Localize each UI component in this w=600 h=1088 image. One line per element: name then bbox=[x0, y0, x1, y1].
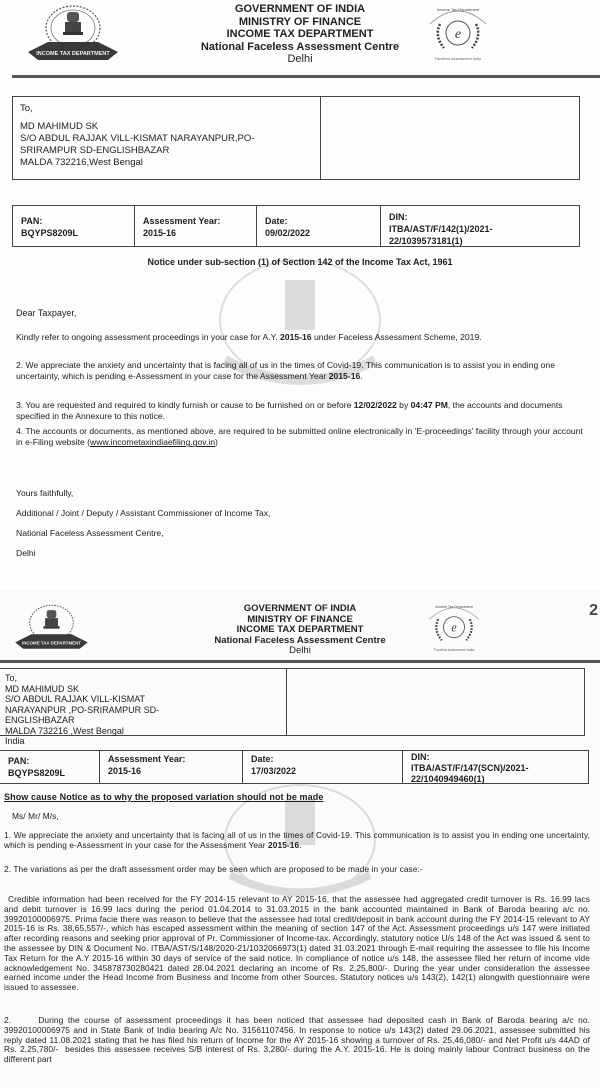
din-cell: DIN: ITBA/AST/F/142(1)/2021- 22/10395731… bbox=[381, 206, 579, 246]
address-line-3: MALDA 732216,West Bengal bbox=[20, 157, 320, 169]
pan-cell: PAN: BQYPS8209L bbox=[0, 751, 100, 783]
recipient-address: To, MD MAHIMUD SK S/O ABDUL RAJJAK VILL-… bbox=[13, 97, 321, 179]
paragraph-4-submission: 4. The accounts or documents, as mention… bbox=[16, 426, 586, 448]
pan-label: PAN: bbox=[21, 215, 128, 227]
din-label: DIN: bbox=[389, 211, 573, 223]
recipient-name: MD MAHIMUD SK bbox=[20, 121, 320, 133]
svg-text:e: e bbox=[455, 27, 461, 42]
svg-text:Faceless Assessment India: Faceless Assessment India bbox=[434, 648, 474, 652]
notice-info-table: PAN: BQYPS8209L Assessment Year: 2015-16… bbox=[0, 750, 589, 784]
header-divider bbox=[0, 660, 600, 663]
svg-text:Faceless Assessment India: Faceless Assessment India bbox=[435, 57, 482, 61]
header-department: INCOME TAX DEPARTMENT bbox=[0, 28, 600, 41]
address-blank-cell bbox=[287, 669, 584, 735]
header-centre: National Faceless Assessment Centre bbox=[0, 41, 600, 54]
pan-cell: PAN: BQYPS8209L bbox=[13, 206, 135, 246]
address-line-1: S/O ABDUL RAJJAK VILL-KISMAT bbox=[5, 694, 286, 705]
svg-text:Income Tax Department: Income Tax Department bbox=[435, 605, 472, 609]
assessment-year-value: 2015-16 bbox=[143, 227, 250, 239]
recipient-address-box: To, MD MAHIMUD SK S/O ABDUL RAJJAK VILL-… bbox=[0, 668, 585, 736]
pan-value: BQYPS8209L bbox=[21, 227, 128, 239]
date-value: 17/03/2022 bbox=[251, 765, 396, 777]
signatory-designation: Additional / Joint / Deputy / Assistant … bbox=[16, 503, 270, 523]
header-city: Delhi bbox=[0, 53, 600, 66]
header-department: INCOME TAX DEPARTMENT bbox=[0, 625, 600, 636]
header-ministry: MINISTRY OF FINANCE bbox=[0, 16, 600, 29]
paragraph-1: 1. We appreciate the anxiety and uncerta… bbox=[4, 831, 590, 851]
paragraph-credible-information: Credible information had been received f… bbox=[4, 895, 590, 993]
assessment-year-label: Assessment Year: bbox=[143, 215, 250, 227]
paragraph-2-variations: 2. The variations as per the draft asses… bbox=[4, 865, 590, 875]
date-cell: Date: 17/03/2022 bbox=[243, 751, 403, 783]
page-number: 2 bbox=[589, 602, 598, 620]
paragraph-3-deadline: 3. You are requested and required to kin… bbox=[16, 400, 590, 422]
address-line-2: SRIRAMPUR SD-ENGLISHBAZAR bbox=[20, 145, 320, 157]
paragraph-assessment-proceedings: 2. During the course of assessment proce… bbox=[4, 1016, 590, 1065]
header-city: Delhi bbox=[0, 646, 600, 657]
notice-page-1: INCOME TAX DEPARTMENT GOVERNMENT OF INDI… bbox=[0, 0, 600, 585]
svg-text:e: e bbox=[451, 621, 457, 635]
assessment-year-cell: Assessment Year: 2015-16 bbox=[135, 206, 257, 246]
recipient-address: To, MD MAHIMUD SK S/O ABDUL RAJJAK VILL-… bbox=[0, 669, 287, 735]
din-cell: DIN: ITBA/AST/F/147(SCN)/2021- 22/104094… bbox=[403, 751, 588, 783]
letterhead: GOVERNMENT OF INDIA MINISTRY OF FINANCE … bbox=[0, 3, 600, 66]
header-government: GOVERNMENT OF INDIA bbox=[0, 604, 600, 615]
date-label: Date: bbox=[265, 215, 374, 227]
address-country: India bbox=[5, 736, 286, 747]
address-to: To, bbox=[5, 673, 286, 684]
notice-info-table: PAN: BQYPS8209L Assessment Year: 2015-16… bbox=[12, 205, 580, 247]
header-government: GOVERNMENT OF INDIA bbox=[0, 3, 600, 16]
paragraph-reference: Kindly refer to ongoing assessment proce… bbox=[16, 332, 586, 343]
efiling-website-link[interactable]: www.incometaxindiaefiling.gov.in bbox=[90, 437, 215, 447]
letterhead: GOVERNMENT OF INDIA MINISTRY OF FINANCE … bbox=[0, 604, 600, 657]
recipient-name: MD MAHIMUD SK bbox=[5, 684, 286, 695]
signatory-city: Delhi bbox=[16, 543, 270, 563]
din-value-line-2: 22/1039573181(1) bbox=[389, 235, 573, 247]
paragraph-2: 2. We appreciate the anxiety and uncerta… bbox=[16, 360, 588, 382]
show-cause-notice-title: Show cause Notice as to why the proposed… bbox=[4, 793, 323, 803]
date-cell: Date: 09/02/2022 bbox=[257, 206, 381, 246]
recipient-address-box: To, MD MAHIMUD SK S/O ABDUL RAJJAK VILL-… bbox=[12, 96, 580, 180]
assessment-year-value: 2015-16 bbox=[108, 765, 236, 777]
address-line-3: ENGLISHBAZAR bbox=[5, 715, 286, 726]
date-value: 09/02/2022 bbox=[265, 227, 374, 239]
din-value-line-1: ITBA/AST/F/142(1)/2021- bbox=[389, 223, 573, 235]
address-blank-cell bbox=[321, 97, 579, 179]
svg-text:Income Tax Department: Income Tax Department bbox=[437, 7, 480, 12]
address-line-2: NARAYANPUR ,PO-SRIRAMPUR SD- bbox=[5, 705, 286, 716]
faceless-assessment-logo-icon: Income Tax Department e Faceless Assessm… bbox=[418, 2, 498, 66]
date-label: Date: bbox=[251, 753, 396, 765]
din-value-line-2: 22/1040949460(1) bbox=[411, 774, 582, 785]
address-line-1: S/O ABDUL RAJJAK VILL-KISMAT NARAYANPUR,… bbox=[20, 133, 320, 145]
assessment-year-cell: Assessment Year: 2015-16 bbox=[100, 751, 243, 783]
address-line-4: MALDA 732216 ,West Bengal bbox=[5, 726, 286, 737]
address-to: To, bbox=[20, 103, 320, 115]
notice-page-2: INCOME TAX DEPARTMENT GOVERNMENT OF INDI… bbox=[0, 590, 600, 1088]
pan-label: PAN: bbox=[8, 755, 93, 767]
header-divider bbox=[12, 75, 600, 78]
salutation: Ms/ Mr/ M/s, bbox=[12, 812, 59, 822]
din-label: DIN: bbox=[411, 752, 582, 763]
din-value-line-1: ITBA/AST/F/147(SCN)/2021- bbox=[411, 763, 582, 774]
closing-line: Yours faithfully, bbox=[16, 483, 270, 503]
watermark-emblem-icon bbox=[195, 250, 405, 410]
pan-value: BQYPS8209L bbox=[8, 767, 93, 779]
faceless-assessment-logo-icon: Income Tax Department e Faceless Assessm… bbox=[418, 600, 490, 656]
salutation: Dear Taxpayer, bbox=[16, 308, 76, 319]
notice-title: Notice under sub-section (1) of Section … bbox=[0, 257, 600, 268]
assessment-year-label: Assessment Year: bbox=[108, 753, 236, 765]
signatory-office: National Faceless Assessment Centre, bbox=[16, 523, 270, 543]
closing-signature: Yours faithfully, Additional / Joint / D… bbox=[16, 483, 270, 563]
